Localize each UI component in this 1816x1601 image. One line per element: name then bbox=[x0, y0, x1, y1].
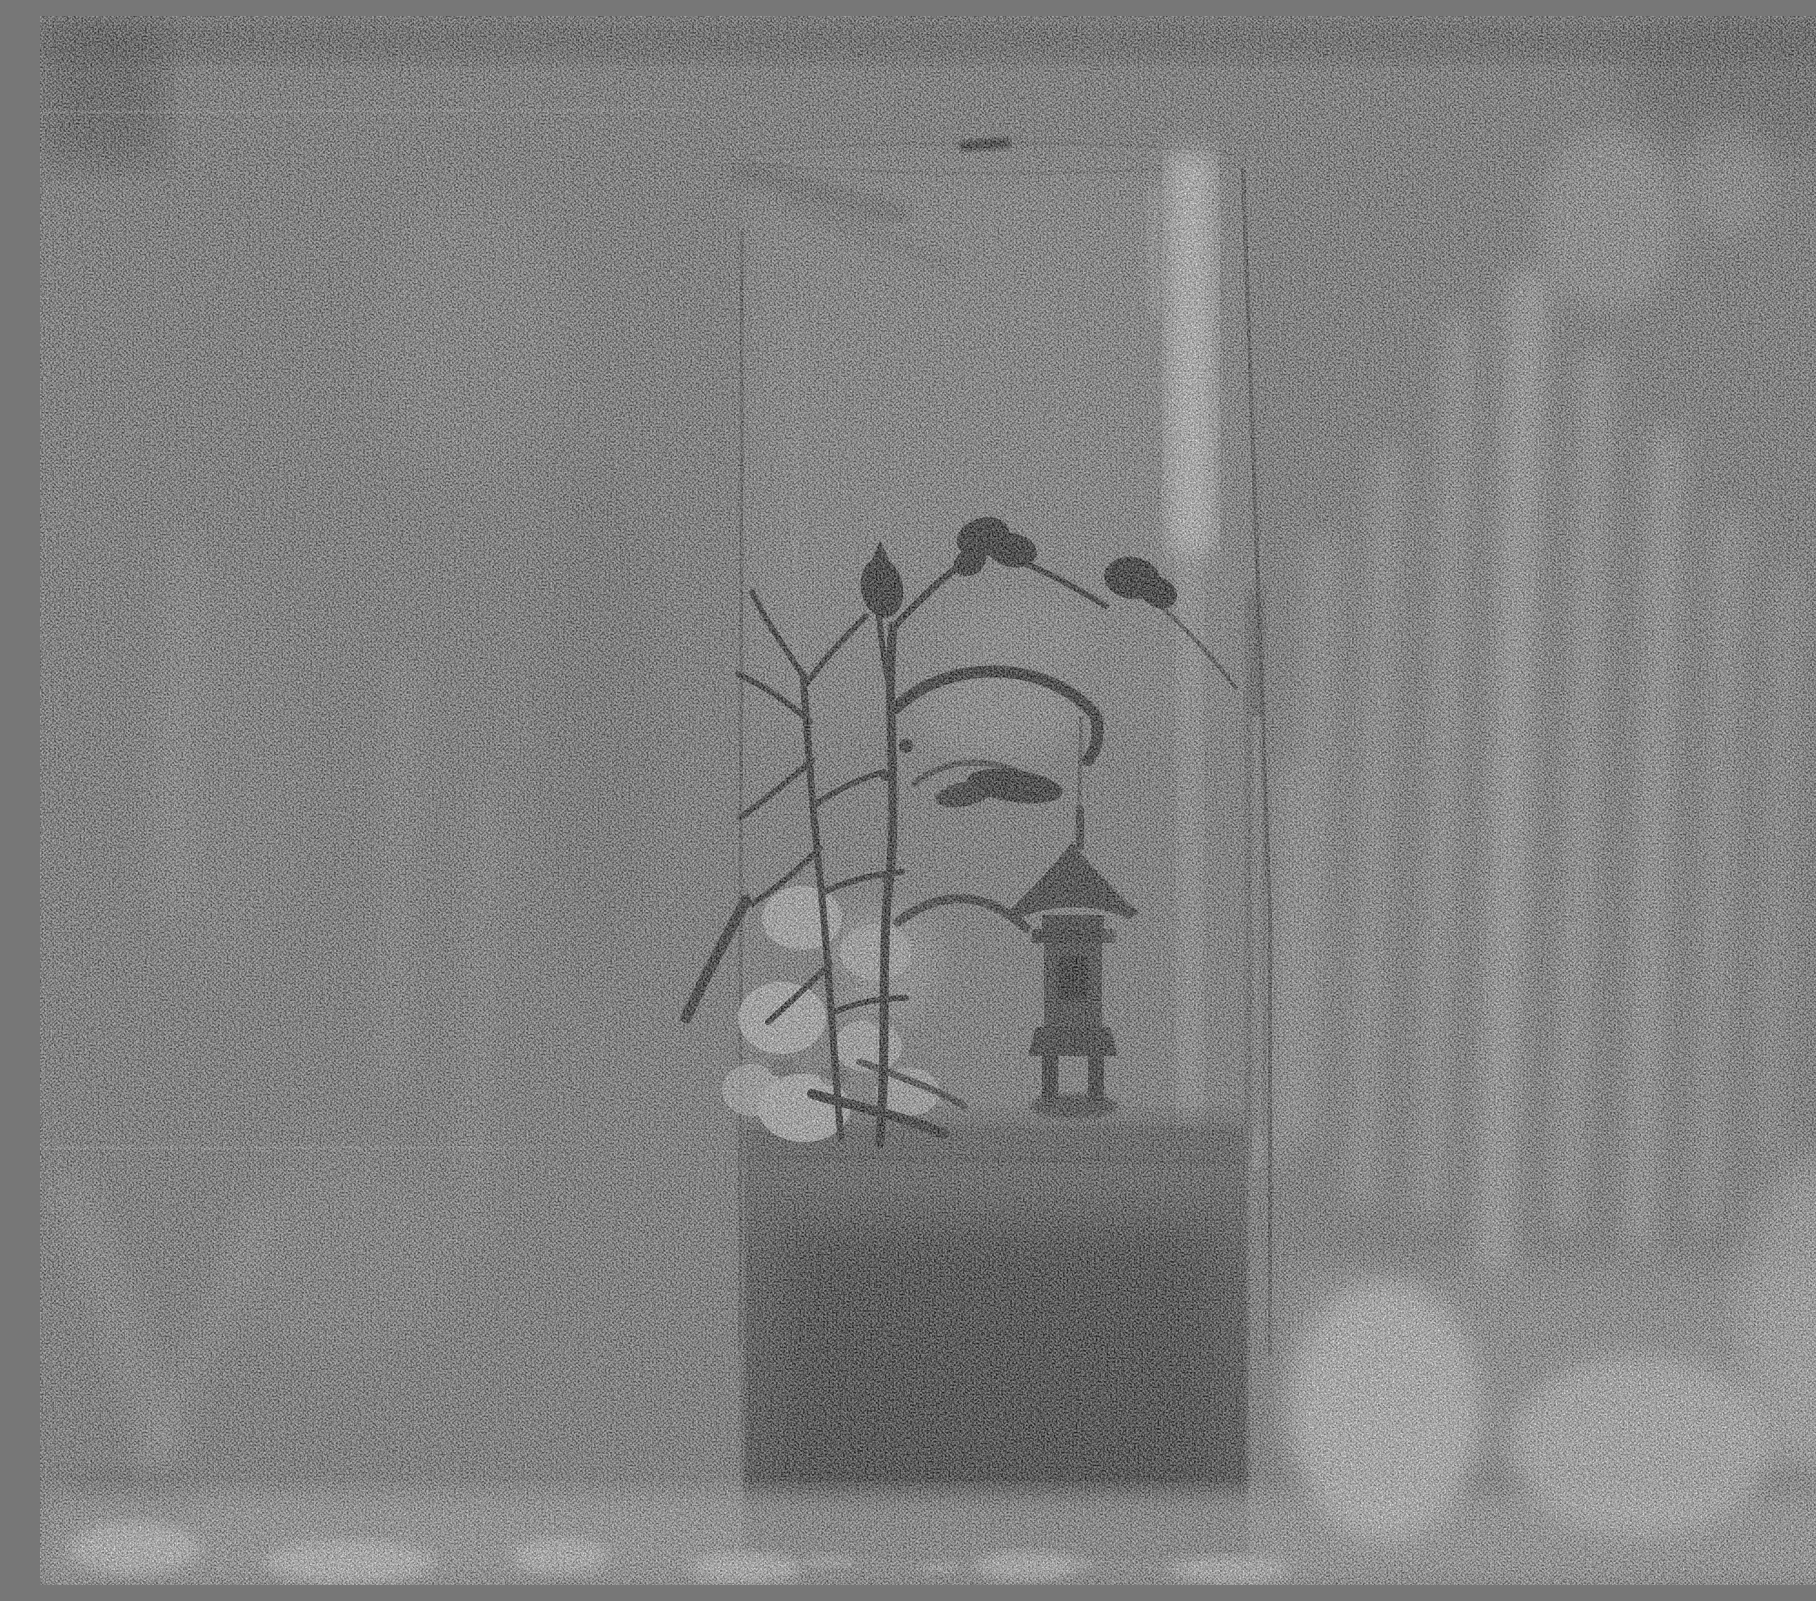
grain-light-overlay bbox=[40, 16, 1816, 1585]
photo-canvas bbox=[40, 16, 1816, 1585]
photograph bbox=[40, 16, 1816, 1585]
